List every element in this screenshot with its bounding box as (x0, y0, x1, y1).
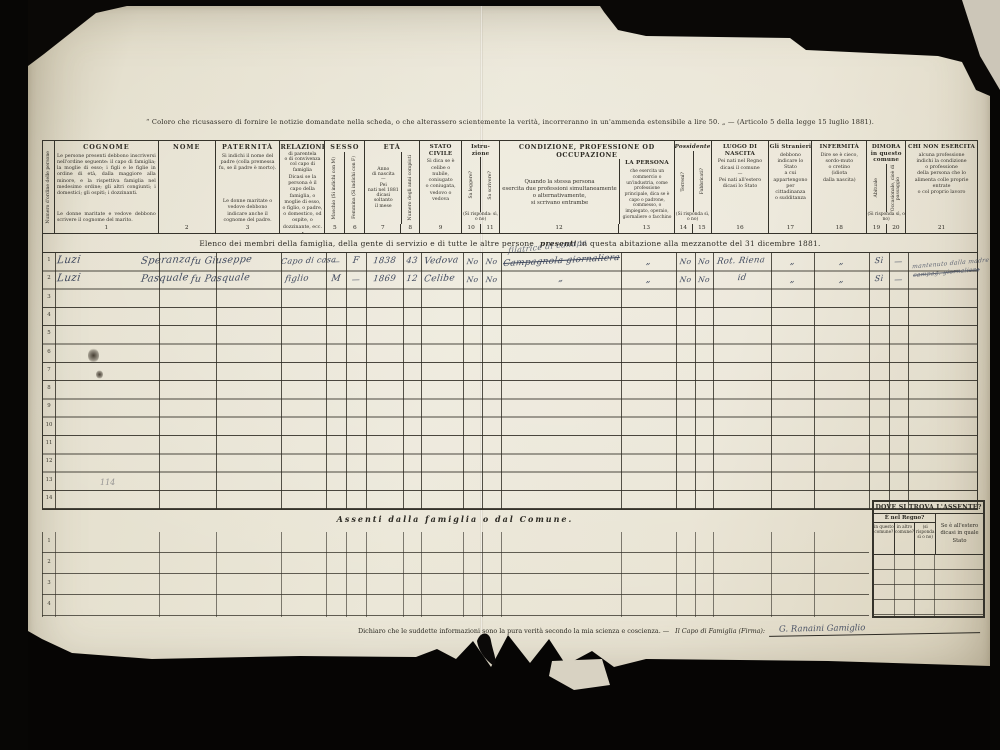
entry-r2-stato: Celibe (423, 273, 455, 284)
col-possidente-subs: Terreni? Fabbricati? (675, 151, 711, 213)
dove-title: DOVE SI TROVA L'ASSENTE? (874, 502, 983, 514)
col-num-11: 11 (481, 224, 499, 233)
col-eta-anni-label: Numero degli anni compiuti (408, 155, 413, 220)
entry-r2-occasionale: — (888, 275, 908, 284)
column-rule (482, 253, 483, 509)
col-infermita: INFERMITÀ Dire se è cieco, sordo-muto o … (812, 141, 867, 233)
col-la-persona-title: LA PERSONA (625, 159, 669, 167)
col-num-6: 6 (345, 224, 364, 233)
col-dimora-note: (Si risponda sì, o no) (867, 212, 905, 224)
col-paternita-num: 3 (216, 224, 280, 233)
col-nome-num: 2 (159, 224, 215, 233)
entry-r1-sesso-m: — (325, 257, 346, 266)
row-number: 9 (43, 403, 55, 409)
dove-regno-section: È nel Regno? in questo comune? in altro … (874, 514, 936, 554)
column-rule (894, 555, 895, 616)
column-rule (216, 532, 217, 617)
entry-r1-paternita: fu Giuseppe (190, 254, 253, 267)
entry-r1-sesso-f: F (345, 256, 366, 266)
column-rule (159, 253, 160, 509)
dove-sub-altro-comune: in altro comune? (895, 523, 916, 554)
entry-r2-paternita: fu Pasquale (190, 272, 251, 285)
elenco-post: in questa abitazione alla mezzanotte del… (580, 239, 821, 248)
column-rule (403, 253, 404, 509)
col-istruzione: Istru- zione Sa leggere? Sa scrivere? (S… (462, 141, 500, 233)
entry-r2-terreni: No (675, 275, 695, 284)
col-nome-desc (159, 152, 215, 224)
col-sesso: SESSO Maschio (Si indichi con M) Femmina… (325, 141, 365, 233)
col-eta-nums: 78 (365, 224, 419, 233)
column-rule (814, 532, 815, 617)
col-cognome-desc: Le persone presenti debbono inscriversi … (55, 152, 158, 210)
col-stranieri-title: Gli Stranieri (769, 141, 811, 151)
entry-r2-anno: 1869 (365, 274, 403, 285)
col-luogo-nascita: LUOGO DI NASCITA Pei nati nel Regno dica… (712, 141, 770, 233)
photo-edge-right (990, 0, 1000, 750)
column-rule (55, 253, 56, 509)
col-stranieri-desc: debbono indicare lo Stato a cui apparten… (769, 151, 811, 224)
col-chi-non-esercita: CHI NON ESERCITA alcuna professione indi… (906, 141, 977, 233)
row-number: 12 (43, 458, 55, 464)
declaration-line: Dichiaro che le suddette informazioni so… (358, 623, 980, 635)
col-sesso-subs: Maschio (Si indichi con M) Femmina (Si i… (325, 152, 364, 224)
entry-r1-luogo: Rot. Riena (716, 255, 765, 267)
capo-famiglia-label: Il Capo di Famiglia (Firma): (675, 627, 765, 635)
col-paternita-desc2: Le donne maritate o vedove debbono indic… (216, 197, 280, 224)
col-sesso-title: SESSO (325, 141, 364, 152)
entry-r1-scrive: No (481, 257, 501, 266)
col-stranieri-num: 17 (769, 224, 811, 233)
entry-r1-infermita: „ (813, 257, 869, 268)
col-eta: ETÀ Anno di nascita — Pei nati nel 1881 … (365, 141, 420, 233)
col-terreni: Terreni? (675, 151, 694, 213)
entry-r1-terreni: No (675, 257, 695, 266)
column-rule (771, 532, 772, 617)
col-num-13: 13 (619, 224, 674, 233)
column-rule (216, 253, 217, 509)
row-number: 3 (43, 294, 55, 300)
assenti-row-number: 4 (43, 601, 55, 607)
col-nome: NOME 2 (159, 141, 216, 233)
column-rule (366, 253, 367, 509)
column-rule (159, 532, 160, 617)
column-rule (281, 253, 282, 509)
column-rule (676, 532, 677, 617)
col-stato-civile: STATO CIVILE Si dica se è celibe o nubil… (420, 141, 462, 233)
col-dimora-occasionale: Occasionale, cioè di passaggio (887, 164, 905, 212)
entry-r1-abituale: Sì (868, 256, 889, 265)
head-of-family-signature: G. Ranaini Gamiglio (769, 621, 980, 637)
photo-edge-left (0, 0, 28, 750)
column-rule (346, 532, 347, 617)
col-sesso-nums: 56 (325, 224, 364, 233)
dove-regno-label: È nel Regno? (874, 514, 935, 523)
col-chi-non-desc: alcuna professione indichi la condizione… (906, 151, 977, 224)
col-sa-leggere: Sa leggere? (462, 157, 481, 212)
stray-pencil-mark: 114 (100, 478, 115, 487)
row-number: 8 (43, 385, 55, 391)
row-number: 2 (43, 275, 55, 281)
col-eta-anno: Anno di nascita — Pei nati nel 1881 dica… (365, 152, 402, 224)
col-relazione-num: 4 (280, 231, 324, 233)
column-rule (713, 253, 714, 509)
col-sesso-maschio-label: Maschio (Si indichi con M) (332, 157, 337, 219)
col-cognome-num: 1 (55, 224, 158, 233)
column-rule (281, 532, 282, 617)
entry-r1-condizione: Campagnola giornaliera (502, 253, 620, 269)
col-chi-non-num: 21 (906, 224, 977, 233)
col-numero: Numero d'ordine delle persone (43, 141, 55, 233)
column-rule (463, 532, 464, 617)
col-condizione-12: Quando la stessa persona esercita due pr… (500, 159, 620, 224)
col-dimora-title: DIMORA in questo comune (867, 141, 905, 164)
column-rule (482, 532, 483, 617)
entry-r2-legge: No (462, 275, 482, 284)
elenco-pre: Elenco dei membri della famiglia, della … (199, 239, 534, 248)
entry-r1-occasionale: — (888, 257, 908, 266)
column-rule (403, 532, 404, 617)
col-condizione-12-label: Quando la stessa persona esercita due pr… (500, 177, 619, 207)
entry-r1-legge: No (462, 257, 482, 266)
entry-r2-scrive: No (481, 275, 501, 284)
entry-r2-stranieri: „ (770, 275, 814, 286)
column-rule (463, 253, 464, 509)
entry-r1-anni: 43 (402, 256, 421, 266)
column-rule (501, 253, 502, 509)
column-rule (421, 253, 422, 509)
column-rule (814, 253, 815, 509)
column-rule (366, 532, 367, 617)
row-number: 5 (43, 330, 55, 336)
column-rule (621, 532, 622, 617)
col-stato-desc: Si dica se è celibe o nubile, coniugato … (420, 157, 461, 224)
col-possidente-note: (Si risponda sì, o no) (675, 212, 711, 224)
col-dimora-subs: Abituale Occasionale, cioè di passaggio (867, 164, 905, 212)
col-istruzione-subs: Sa leggere? Sa scrivere? (462, 157, 499, 212)
col-possidente: Possidente Terreni? Fabbricati? (Si risp… (675, 141, 712, 233)
table-header: Numero d'ordine delle persone COGNOME Le… (43, 141, 977, 234)
col-luogo-desc: Pei nati nel Regno dicasi il comune — Pe… (712, 157, 769, 224)
col-stato-title: STATO CIVILE (420, 141, 461, 157)
col-eta-subs: Anno di nascita — Pei nati nel 1881 dica… (365, 152, 419, 224)
entry-r1-cognome: Luzi (56, 254, 82, 267)
dove-regno-subcolumns: in questo comune? in altro comune? (si r… (874, 523, 935, 554)
census-table: Numero d'ordine delle persone COGNOME Le… (42, 140, 978, 510)
column-rule (55, 532, 56, 617)
column-rule (869, 253, 870, 509)
col-sesso-femmina: Femmina (Si indichi con F) (345, 152, 364, 224)
declaration-text: Dichiaro che le suddette informazioni so… (358, 627, 669, 635)
col-condizione: CONDIZIONE, PROFESSIONE OD OCCUPAZIONE Q… (500, 141, 675, 233)
dove-estero-label: Se è all'estero dicasi in quale Stato (936, 514, 983, 554)
col-terreni-label: Terreni? (681, 172, 686, 191)
col-dimora: DIMORA in questo comune Abituale Occasio… (867, 141, 906, 233)
column-rule (771, 253, 772, 509)
dove-si-trova-box: DOVE SI TROVA L'ASSENTE? È nel Regno? in… (872, 500, 985, 618)
entry-r1-cond13: „ (620, 257, 676, 268)
col-dimora-abituale: Abituale (867, 164, 887, 212)
row-number: 14 (43, 495, 55, 501)
row-number: 6 (43, 349, 55, 355)
col-stato-num: 9 (420, 224, 461, 233)
row-number: 11 (43, 440, 55, 446)
col-stranieri: Gli Stranieri debbono indicare lo Stato … (769, 141, 812, 233)
col-dimora-abituale-label: Abituale (874, 178, 879, 197)
col-condizione-13: LA PERSONA che esercita un commercio o u… (620, 159, 674, 224)
col-condizione-subs: Quando la stessa persona esercita due pr… (500, 159, 674, 224)
col-relazione-subtitle: di parentela o di convivenza col capo di… (280, 152, 324, 173)
col-fabbricati-label: Fabbricati? (700, 168, 705, 194)
col-sesso-maschio: Maschio (Si indichi con M) (325, 152, 345, 224)
col-istruzione-title: Istru- zione (462, 141, 499, 157)
col-relazione: RELAZIONE di parentela o di convivenza c… (280, 141, 325, 233)
col-luogo-num: 16 (712, 224, 769, 233)
col-dimora-occasionale-label: Occasionale, cioè di passaggio (891, 164, 901, 212)
column-rule (676, 253, 677, 509)
col-relazione-desc: Dicasi se la persona è il capo della fam… (280, 173, 324, 231)
column-rule (421, 532, 422, 617)
entry-r2-infermita: „ (813, 275, 869, 286)
column-rule (326, 532, 327, 617)
col-fabbricati: Fabbricati? (694, 151, 711, 213)
col-dimora-nums: 1920 (867, 224, 905, 233)
entry-r2-fabbricati: No (694, 275, 713, 284)
col-nome-title: NOME (159, 141, 215, 152)
col-sesso-femmina-label: Femmina (Si indichi con F) (352, 156, 357, 219)
col-possidente-nums: 1415 (675, 224, 711, 233)
col-chi-non-title: CHI NON ESERCITA (906, 141, 977, 151)
col-numero-label: Numero d'ordine delle persone (46, 151, 51, 224)
col-condizione-nums: 1213 (500, 224, 674, 233)
row-number: 13 (43, 477, 55, 483)
column-rule (713, 532, 714, 617)
col-sa-scrivere: Sa scrivere? (481, 157, 499, 212)
entry-r2-abituale: Sì (868, 274, 889, 283)
col-num-15: 15 (693, 224, 710, 233)
row-number: 1 (43, 257, 55, 263)
column-rule (501, 532, 502, 617)
entry-r2-relazione: figlio (284, 274, 309, 285)
entry-r2-sesso-f: — (345, 275, 366, 284)
assenti-row-number: 3 (43, 580, 55, 586)
col-luogo-title: LUOGO DI NASCITA (712, 141, 769, 157)
assenti-section-title: Assenti dalla famiglia o dal Comune. (42, 514, 868, 524)
column-rule (621, 253, 622, 509)
column-rule (695, 532, 696, 617)
column-rule (914, 555, 915, 616)
col-infermita-title: INFERMITÀ (812, 141, 866, 151)
photographed-census-sheet: “ Coloro che ricusassero di fornire le n… (0, 0, 1000, 750)
dove-answer-rows (874, 555, 983, 616)
dove-header: È nel Regno? in questo comune? in altro … (874, 514, 983, 555)
entry-r2-nome: Pasquale (140, 272, 189, 285)
col-cognome-desc2: Le donne maritate e vedove debbono scriv… (55, 210, 158, 224)
entry-r2-luogo: id (712, 272, 771, 283)
col-infermita-desc: Dire se è cieco, sordo-muto o cretino (i… (812, 151, 866, 224)
row-number: 10 (43, 422, 55, 428)
col-sa-leggere-label: Sa leggere? (469, 171, 474, 199)
entry-r2-cond13: „ (620, 275, 676, 286)
entry-r1-anno: 1838 (365, 256, 403, 267)
col-num-7: 7 (365, 224, 401, 233)
col-relazione-title: RELAZIONE (280, 141, 324, 152)
paper-sheet: “ Coloro che ricusassero di fornire le n… (28, 6, 990, 674)
entry-r1-stato: Vedova (423, 255, 459, 266)
entry-r2-anni: 12 (402, 274, 421, 284)
col-num-5: 5 (325, 224, 345, 233)
col-istruzione-note: (Si risponda: sì, o no) (462, 212, 499, 224)
table-body: Luzi Speranza fu Giuseppe Capo di casa —… (43, 253, 977, 509)
col-istruzione-nums: 1011 (462, 224, 499, 233)
row-number: 7 (43, 367, 55, 373)
column-rule (326, 253, 327, 509)
entry-r2-sesso-m: M (325, 274, 346, 284)
column-rule (889, 253, 890, 509)
col-paternita-desc: Si indichi il nome del padre (colla prem… (216, 152, 280, 197)
col-condizione-title: CONDIZIONE, PROFESSIONE OD OCCUPAZIONE (500, 141, 674, 159)
assenti-row-number: 2 (43, 559, 55, 565)
col-eta-title: ETÀ (365, 141, 419, 152)
col-infermita-num: 18 (812, 224, 866, 233)
col-possidente-title: Possidente (675, 141, 711, 151)
entry-r1-nome: Speranza (140, 254, 192, 267)
assenti-grid: 1234 (42, 532, 869, 617)
col-eta-anni: Numero degli anni compiuti (402, 152, 419, 224)
column-rule (908, 253, 909, 509)
penalty-warning-line: “ Coloro che ricusassero di fornire le n… (42, 118, 978, 126)
col-num-14: 14 (675, 224, 693, 233)
row-number: 4 (43, 312, 55, 318)
col-num-8: 8 (401, 224, 419, 233)
col-cognome-title: COGNOME (55, 141, 158, 152)
col-eta-anno-label: Anno di nascita — Pei nati nel 1881 dica… (368, 167, 399, 209)
col-num-19: 19 (867, 224, 886, 233)
col-sa-scrivere-label: Sa scrivere? (488, 171, 493, 200)
col-num-10: 10 (462, 224, 481, 233)
col-num-12: 12 (500, 224, 619, 233)
column-rule (934, 555, 935, 616)
col-la-persona-desc: che esercita un commercio o un'industria… (620, 167, 674, 224)
col-num-20: 20 (887, 224, 905, 233)
col-paternita-title: PATERNITÀ (216, 141, 280, 152)
entry-r1-fabbricati: No (694, 257, 713, 266)
entry-r2-cognome: Luzi (56, 272, 82, 285)
col-paternita: PATERNITÀ Si indichi il nome del padre (… (216, 141, 281, 233)
entry-r2-condizione: „ (500, 273, 621, 285)
col-cognome: COGNOME Le persone presenti debbono insc… (55, 141, 159, 233)
entry-r1-stranieri: „ (770, 257, 814, 268)
column-rule (695, 253, 696, 509)
dove-sub-note: (si risponda sì o no) (915, 523, 935, 554)
assenti-row-number: 1 (43, 538, 55, 544)
column-rule (346, 253, 347, 509)
dove-sub-questo-comune: in questo comune? (874, 523, 895, 554)
